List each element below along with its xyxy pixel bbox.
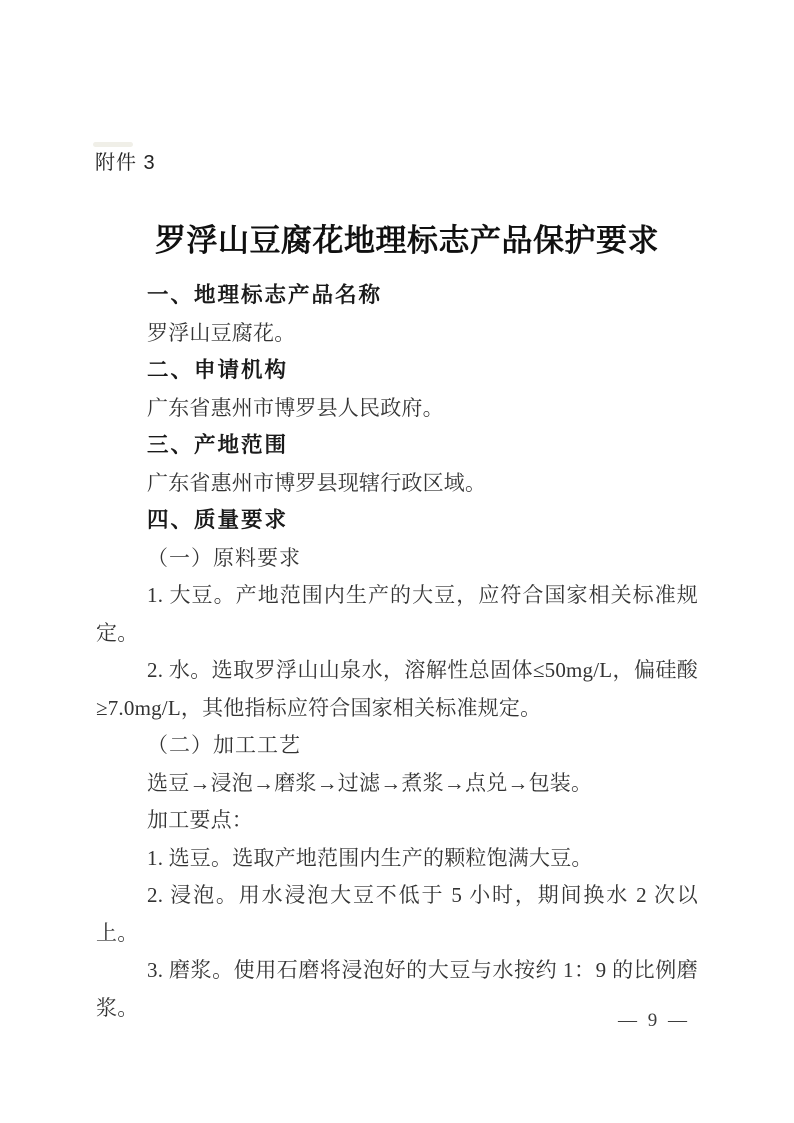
body-paragraph: 1. 选豆。选取产地范围内生产的颗粒饱满大豆。: [96, 840, 698, 878]
subsection-heading: （二）加工工艺: [96, 727, 698, 765]
page-number: — 9 —: [618, 1010, 690, 1032]
section-heading: 四、质量要求: [96, 502, 698, 540]
body-paragraph: 2. 浸泡。用水浸泡大豆不低于 5 小时，期间换水 2 次以上。: [96, 877, 698, 952]
body-paragraph: 广东省惠州市博罗县现辖行政区域。: [96, 465, 698, 503]
body-paragraph: 广东省惠州市博罗县人民政府。: [96, 390, 698, 428]
section-heading: 三、产地范围: [96, 427, 698, 465]
body-paragraph: 加工要点：: [96, 802, 698, 840]
body-paragraph: 1. 大豆。产地范围内生产的大豆，应符合国家相关标准规定。: [96, 577, 698, 652]
section-heading: 一、地理标志产品名称: [96, 277, 698, 315]
body-paragraph: 选豆→浸泡→磨浆→过滤→煮浆→点兑→包装。: [96, 765, 698, 803]
body-paragraph: 罗浮山豆腐花。: [96, 315, 698, 353]
body-paragraph: 3. 磨浆。使用石磨将浸泡好的大豆与水按约 1：9 的比例磨浆。: [96, 952, 698, 1027]
section-heading: 二、申请机构: [96, 352, 698, 390]
attachment-label: 附件 3: [95, 146, 156, 175]
subsection-heading: （一）原料要求: [96, 540, 698, 578]
document-title: 罗浮山豆腐花地理标志产品保护要求: [96, 215, 718, 260]
body-paragraph: 2. 水。选取罗浮山山泉水，溶解性总固体≤50mg/L，偏硅酸≥7.0mg/L，…: [96, 652, 698, 727]
document-body: 一、地理标志产品名称罗浮山豆腐花。二、申请机构广东省惠州市博罗县人民政府。三、产…: [96, 277, 698, 1027]
document-page: 附件 3 罗浮山豆腐花地理标志产品保护要求 一、地理标志产品名称罗浮山豆腐花。二…: [0, 0, 794, 1123]
